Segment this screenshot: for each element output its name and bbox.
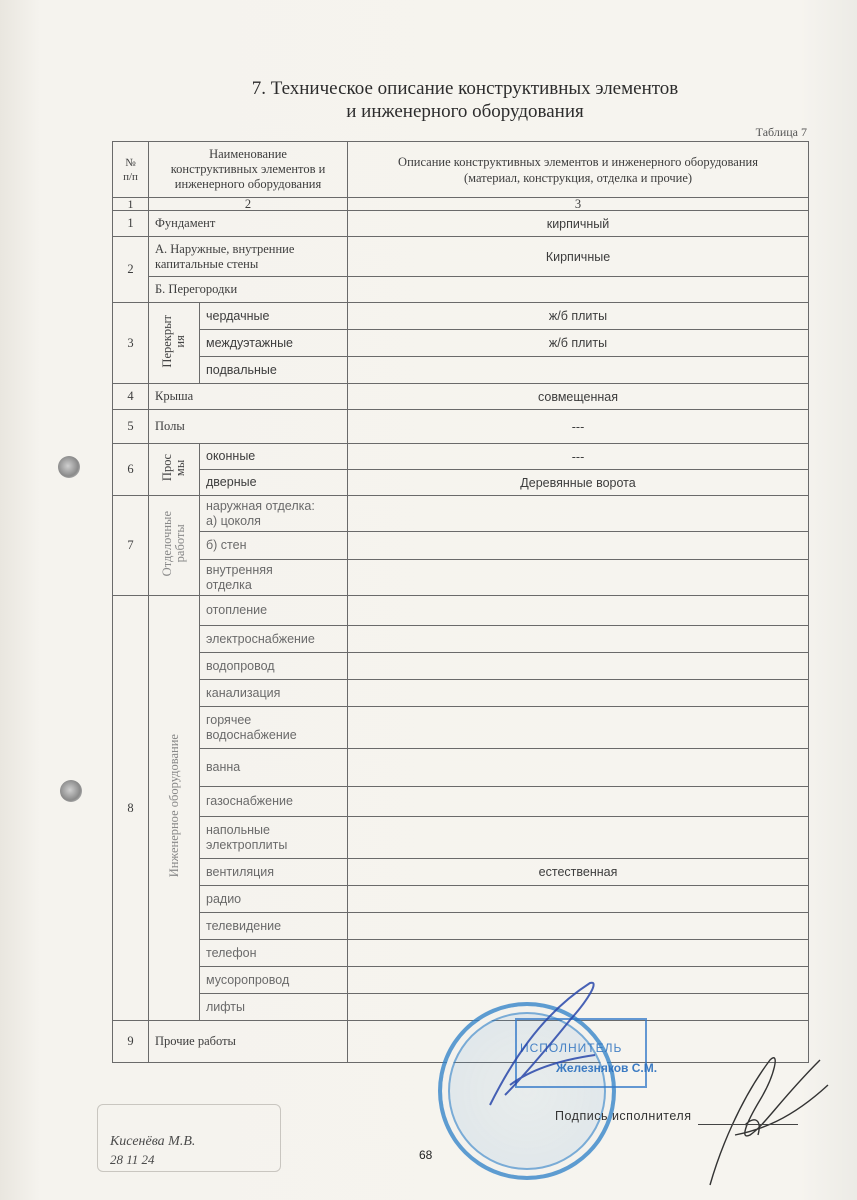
- row-item-name: электроснабжение: [200, 626, 348, 653]
- row-item-value[interactable]: [348, 496, 809, 532]
- row-item-value[interactable]: [348, 560, 809, 596]
- row-item-name: телефон: [200, 940, 348, 967]
- row-number: 6: [113, 444, 149, 496]
- row-item-name: ванна: [200, 749, 348, 787]
- table-row: канализация: [113, 680, 809, 707]
- row-item-name: междуэтажные: [200, 330, 348, 357]
- row-item-value[interactable]: ж/б плиты: [348, 330, 809, 357]
- table-row: водопровод: [113, 653, 809, 680]
- row-item-value[interactable]: [348, 626, 809, 653]
- row-item-value[interactable]: [348, 707, 809, 749]
- row-item-value[interactable]: ---: [348, 410, 809, 444]
- row-number: 2: [113, 237, 149, 303]
- document-title-line2: и инженерного оборудования: [0, 101, 857, 123]
- row-number: 8: [113, 596, 149, 1021]
- row-item-value[interactable]: совмещенная: [348, 384, 809, 410]
- column-number: 2: [149, 198, 348, 211]
- row-item-value[interactable]: кирпичный: [348, 211, 809, 237]
- column-number: 1: [113, 198, 149, 211]
- executor-signature-icon: [700, 1040, 830, 1190]
- table-label: Таблица 7: [756, 125, 807, 140]
- row-number: 7: [113, 496, 149, 596]
- table-row: Б. Перегородки: [113, 277, 809, 303]
- row-number: 4: [113, 384, 149, 410]
- row-number: 3: [113, 303, 149, 384]
- row-number: 1: [113, 211, 149, 237]
- table-row: телефон: [113, 940, 809, 967]
- table-row: 2А. Наружные, внутренние капитальные сте…: [113, 237, 809, 277]
- punch-hole-icon: [58, 456, 80, 478]
- row-item-value[interactable]: [348, 680, 809, 707]
- row-item-value[interactable]: [348, 532, 809, 560]
- row-item-name: газоснабжение: [200, 787, 348, 817]
- registration-stamp-handwriting: Кисенёва М.В.: [110, 1134, 195, 1150]
- row-group-label: Проc мы: [149, 444, 200, 496]
- row-item-name: вентиляция: [200, 859, 348, 886]
- row-item-name: дверные: [200, 470, 348, 496]
- row-item-name: наружная отделка: а) цоколя: [200, 496, 348, 532]
- row-item-value[interactable]: [348, 653, 809, 680]
- row-item-name: горячее водоснабжение: [200, 707, 348, 749]
- row-item-name: лифты: [200, 994, 348, 1021]
- table-row: лифты: [113, 994, 809, 1021]
- row-item-value[interactable]: [348, 940, 809, 967]
- table-row: 4Крышасовмещенная: [113, 384, 809, 410]
- table-row: 1Фундаменткирпичный: [113, 211, 809, 237]
- table-row: 5Полы---: [113, 410, 809, 444]
- column-number-row: 123: [113, 198, 809, 211]
- page-number: 68: [419, 1148, 432, 1162]
- row-item-value[interactable]: [348, 787, 809, 817]
- table-row: междуэтажныеж/б плиты: [113, 330, 809, 357]
- table-row: электроснабжение: [113, 626, 809, 653]
- group-label-text: Проc мы: [161, 454, 187, 481]
- group-label-text: Инженерное оборудование: [168, 734, 181, 877]
- row-item-name: внутренняя отделка: [200, 560, 348, 596]
- group-label-text: Перекрыт ия: [161, 315, 187, 368]
- row-item-name: Фундамент: [149, 211, 348, 237]
- row-item-value[interactable]: естественная: [348, 859, 809, 886]
- table-row: телевидение: [113, 913, 809, 940]
- row-item-name: Прочие работы: [149, 1021, 348, 1063]
- signature-label: Подпись исполнителя: [555, 1109, 691, 1123]
- table-row: дверныеДеревянные ворота: [113, 470, 809, 496]
- header-description: Описание конструктивных элементов и инже…: [348, 142, 809, 198]
- table-header-row: № п/пНаименование конструктивных элемент…: [113, 142, 809, 198]
- table-row: 3Перекрыт иячердачныеж/б плиты: [113, 303, 809, 330]
- row-item-value[interactable]: [348, 913, 809, 940]
- table-row: мусоропровод: [113, 967, 809, 994]
- signature-stroke-icon: [470, 975, 610, 1115]
- registration-stamp-date: 28 11 24: [110, 1152, 155, 1168]
- table-row: напольные электроплиты: [113, 817, 809, 859]
- row-item-name: оконные: [200, 444, 348, 470]
- row-item-value[interactable]: ---: [348, 444, 809, 470]
- table-row: газоснабжение: [113, 787, 809, 817]
- row-item-name: напольные электроплиты: [200, 817, 348, 859]
- row-item-name: радио: [200, 886, 348, 913]
- table-row: 7Отделочные работынаружная отделка: а) ц…: [113, 496, 809, 532]
- punch-hole-icon: [60, 780, 82, 802]
- column-number: 3: [348, 198, 809, 211]
- document-title-line1: 7. Техническое описание конструктивных э…: [0, 78, 857, 100]
- header-name: Наименование конструктивных элементов и …: [149, 142, 348, 198]
- row-item-value[interactable]: [348, 357, 809, 384]
- table-row: 6Проc мыоконные---: [113, 444, 809, 470]
- row-item-name: Полы: [149, 410, 348, 444]
- row-item-name: канализация: [200, 680, 348, 707]
- row-number: 9: [113, 1021, 149, 1063]
- row-item-value[interactable]: ж/б плиты: [348, 303, 809, 330]
- table-row: ванна: [113, 749, 809, 787]
- row-item-value[interactable]: [348, 886, 809, 913]
- table-row: внутренняя отделка: [113, 560, 809, 596]
- table-row: радио: [113, 886, 809, 913]
- row-item-value[interactable]: [348, 596, 809, 626]
- row-item-value[interactable]: Деревянные ворота: [348, 470, 809, 496]
- table-row: горячее водоснабжение: [113, 707, 809, 749]
- row-group-label: Перекрыт ия: [149, 303, 200, 384]
- group-label-text: Отделочные работы: [161, 511, 187, 576]
- row-item-name: Б. Перегородки: [149, 277, 348, 303]
- row-item-name: б) стен: [200, 532, 348, 560]
- technical-description-table: № п/пНаименование конструктивных элемент…: [112, 141, 809, 1063]
- row-item-name: чердачные: [200, 303, 348, 330]
- row-item-name: Крыша: [149, 384, 348, 410]
- row-item-name: мусоропровод: [200, 967, 348, 994]
- row-group-label: Отделочные работы: [149, 496, 200, 596]
- header-number: № п/п: [113, 142, 149, 198]
- row-item-value[interactable]: Кирпичные: [348, 237, 809, 277]
- row-item-name: А. Наружные, внутренние капитальные стен…: [149, 237, 348, 277]
- table-row: подвальные: [113, 357, 809, 384]
- row-item-value[interactable]: [348, 749, 809, 787]
- row-group-label: Инженерное оборудование: [149, 596, 200, 1021]
- row-item-name: подвальные: [200, 357, 348, 384]
- signature-line: [698, 1124, 798, 1125]
- row-number: 5: [113, 410, 149, 444]
- row-item-name: телевидение: [200, 913, 348, 940]
- table-row: 8Инженерное оборудованиеотопление: [113, 596, 809, 626]
- row-item-name: отопление: [200, 596, 348, 626]
- table-row: б) стен: [113, 532, 809, 560]
- row-item-value[interactable]: [348, 817, 809, 859]
- table-row: вентиляцияестественная: [113, 859, 809, 886]
- row-item-value[interactable]: [348, 277, 809, 303]
- row-item-name: водопровод: [200, 653, 348, 680]
